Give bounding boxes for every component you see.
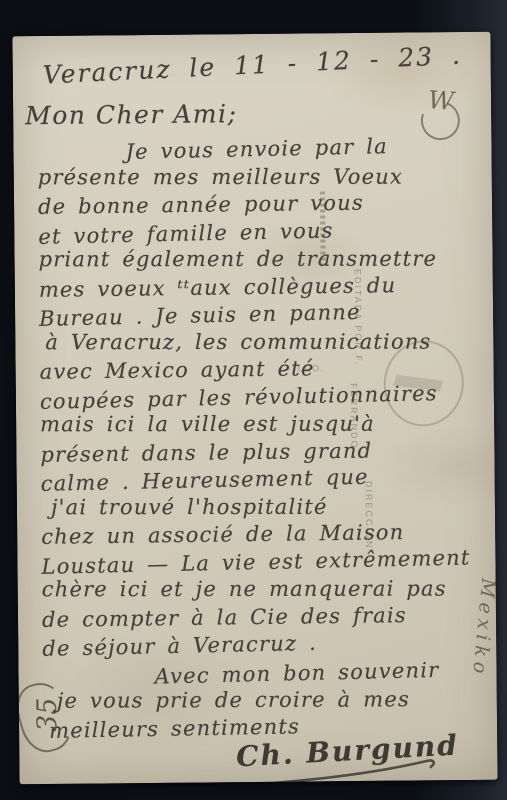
letter-line: priant également de transmettre [39, 245, 493, 273]
dateline: Veracruz le 11 - 12 - 23 . [42, 39, 491, 89]
letter-line: présente mes meilleurs Voeux [38, 163, 492, 191]
letter-line: chère ici et je ne manquerai pas [42, 575, 496, 603]
letter-line: à Veracruz, les communications [39, 328, 493, 356]
letter-line: j'ai trouvé l'hospitalité [41, 493, 495, 521]
letter-line: mais ici la ville est jusqu'à [40, 410, 494, 438]
postcard: EDITADA POR F. FERRANDO DIRECCIÓN I.CO. … [12, 32, 497, 785]
letter-body: Je vous envoie par laprésente mes meille… [37, 134, 496, 661]
